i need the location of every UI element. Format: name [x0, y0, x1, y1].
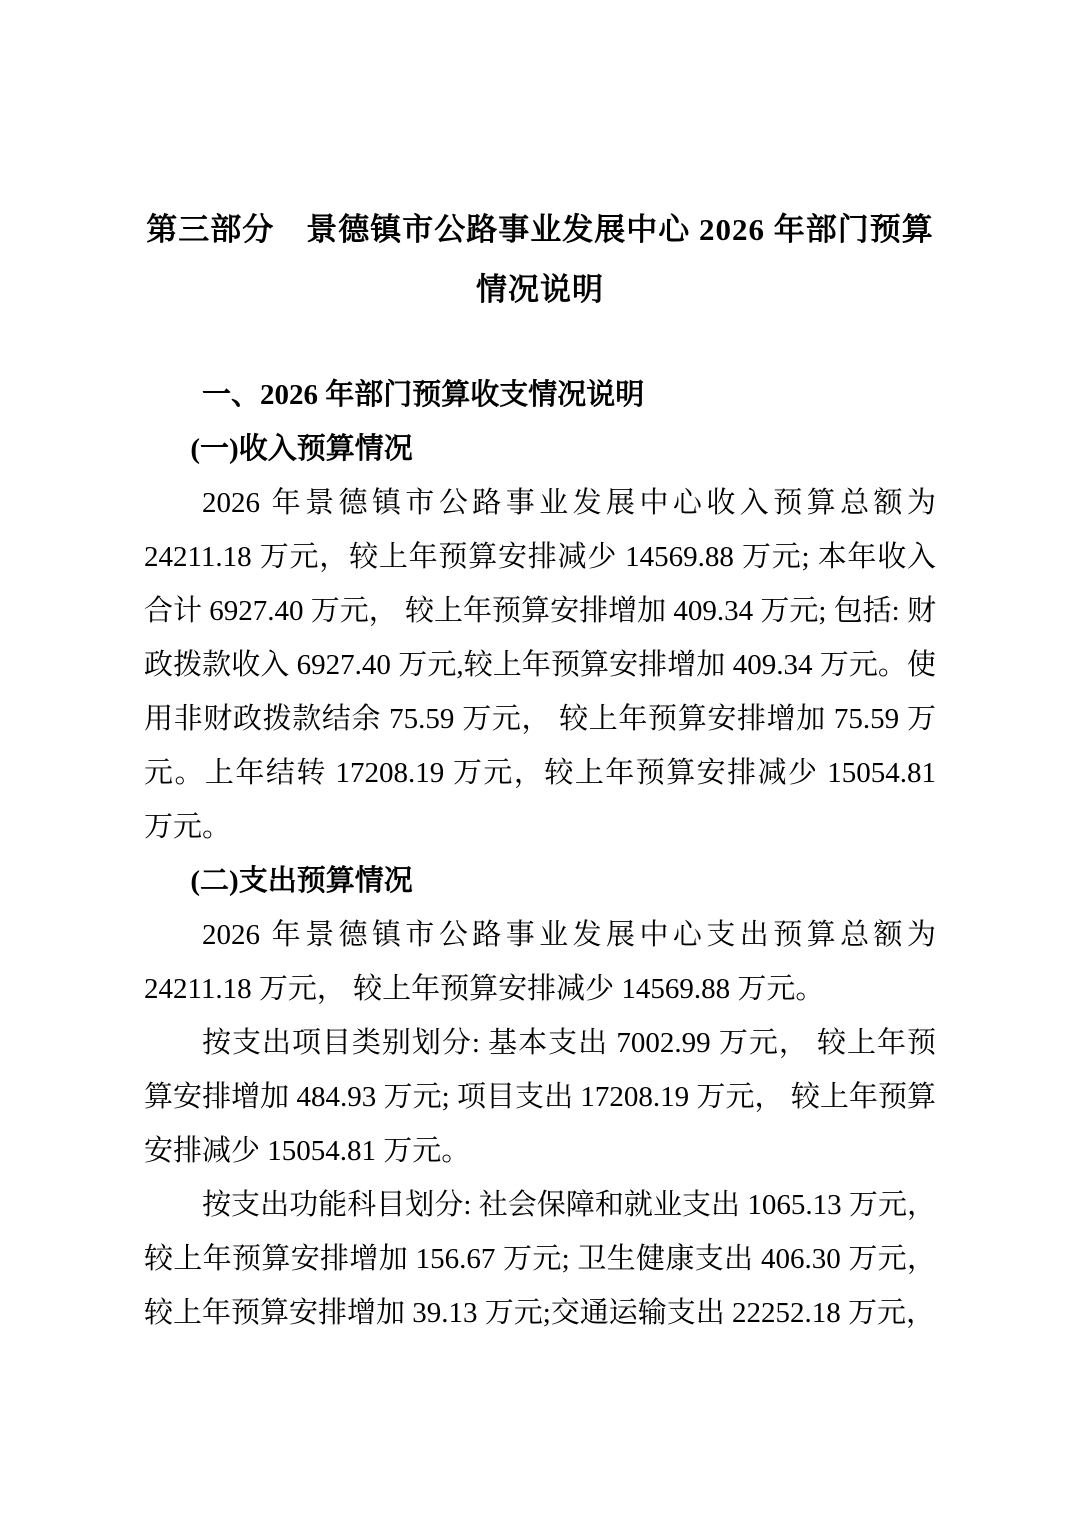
document-title: 第三部分 景德镇市公路事业发展中心 2026 年部门预算情况说明: [144, 200, 936, 320]
subsection-heading-income-budget: (一)收入预算情况: [144, 422, 936, 476]
section-heading-budget-overview: 一、2026 年部门预算收支情况说明: [144, 368, 936, 422]
document-page: 第三部分 景德镇市公路事业发展中心 2026 年部门预算情况说明 一、2026 …: [0, 0, 1074, 1520]
paragraph-income-budget: 2026 年景德镇市公路事业发展中心收入预算总额为 24211.18 万元，较上…: [144, 476, 936, 854]
paragraph-expenditure-by-function: 按支出功能科目划分: 社会保障和就业支出 1065.13 万元，较上年预算安排增…: [144, 1178, 936, 1340]
document-body: 一、2026 年部门预算收支情况说明 (一)收入预算情况 2026 年景德镇市公…: [144, 368, 936, 1340]
subsection-heading-expenditure-budget: (二)支出预算情况: [144, 854, 936, 908]
paragraph-expenditure-total: 2026 年景德镇市公路事业发展中心支出预算总额为 24211.18 万元， 较…: [144, 908, 936, 1016]
paragraph-expenditure-by-category: 按支出项目类别划分: 基本支出 7002.99 万元， 较上年预算安排增加 48…: [144, 1016, 936, 1178]
